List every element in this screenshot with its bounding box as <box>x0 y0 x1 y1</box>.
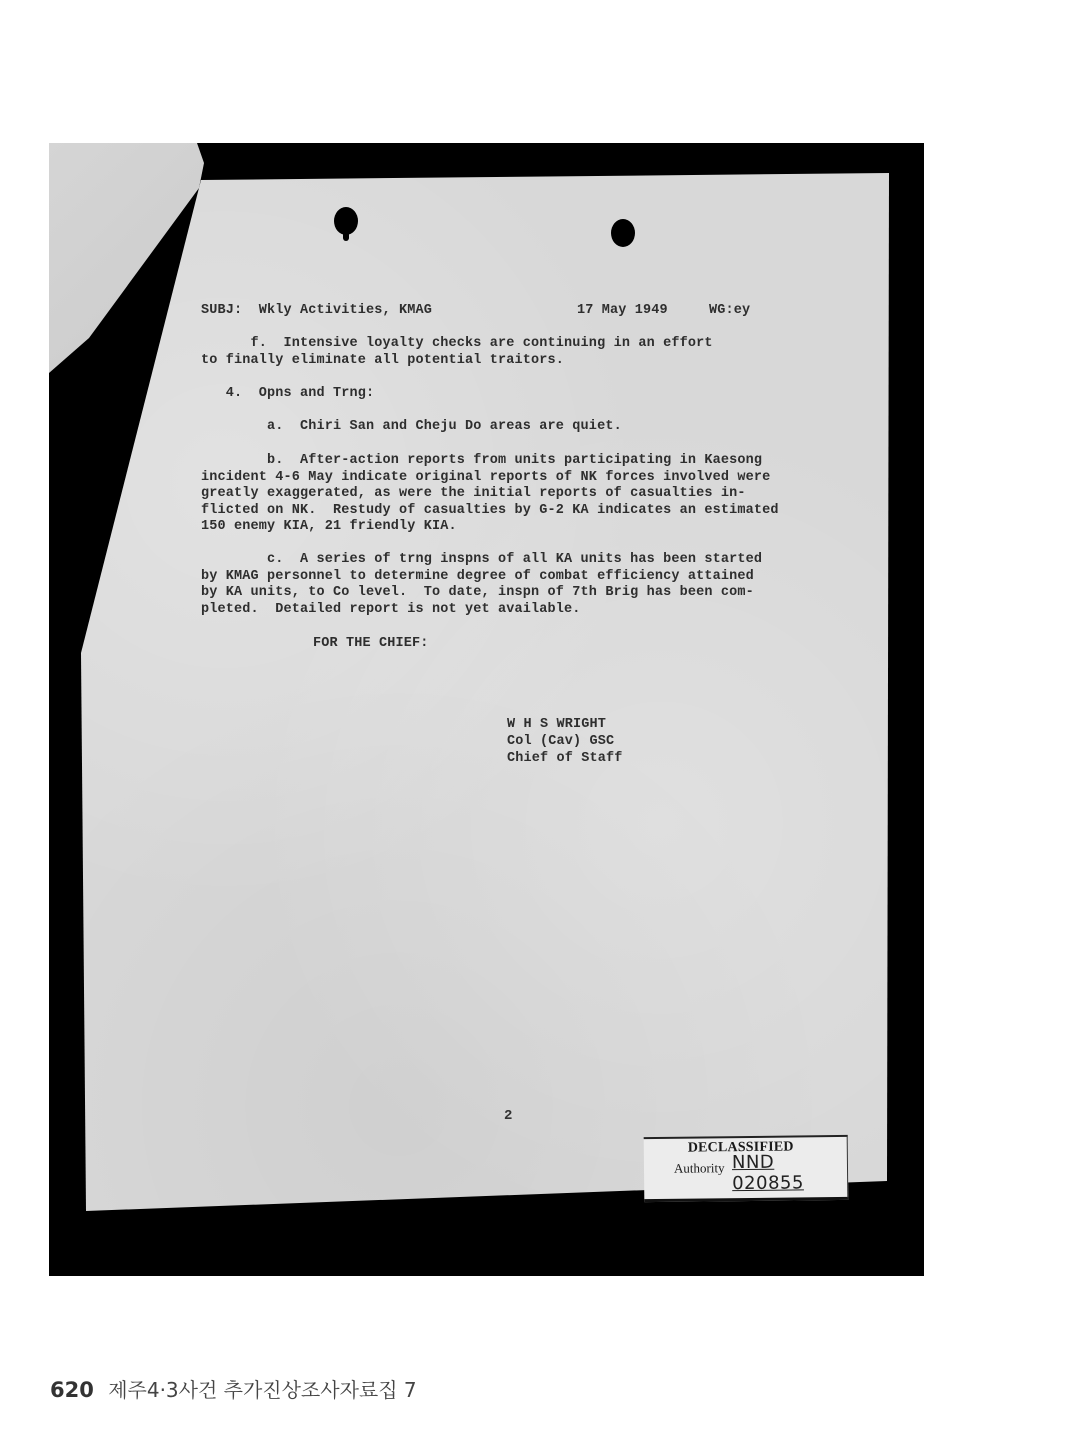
section-4-heading: 4. Opns and Trng: <box>201 386 374 403</box>
declassified-stamp: DECLASSIFIED Authority NND 020855 <box>644 1135 849 1202</box>
document-page <box>49 143 924 1276</box>
document-date: 17 May 1949 <box>577 303 668 320</box>
paragraph-a: a. Chiri San and Cheju Do areas are quie… <box>201 419 622 436</box>
paragraph-b: b. After-action reports from units parti… <box>201 453 779 536</box>
book-title: 제주4·3사건 추가진상조사자료집 7 <box>108 1378 416 1402</box>
book-footer: 620 제주4·3사건 추가진상조사자료집 7 <box>50 1374 417 1403</box>
punch-hole <box>334 207 358 235</box>
punch-hole <box>611 219 635 247</box>
signature-title: Chief of Staff <box>507 751 623 768</box>
subject-line: SUBJ: Wkly Activities, KMAG <box>201 303 432 320</box>
signature-name: W H S WRIGHT <box>507 717 606 734</box>
signature-rank: Col (Cav) GSC <box>507 734 614 751</box>
paragraph-c: c. A series of trng inspns of all KA uni… <box>201 552 762 618</box>
book-page-number: 620 <box>50 1378 94 1402</box>
scanned-document: SUBJ: Wkly Activities, KMAG 17 May 1949 … <box>49 143 924 1276</box>
paragraph-f: f. Intensive loyalty checks are continui… <box>201 336 713 369</box>
stamp-authority-label: Authority <box>674 1160 725 1177</box>
document-page-number: 2 <box>504 1108 512 1124</box>
stamp-authority-value: NND 020855 <box>732 1151 847 1194</box>
closing-line: FOR THE CHIEF: <box>313 636 429 653</box>
typist-initials: WG:ey <box>709 303 750 320</box>
